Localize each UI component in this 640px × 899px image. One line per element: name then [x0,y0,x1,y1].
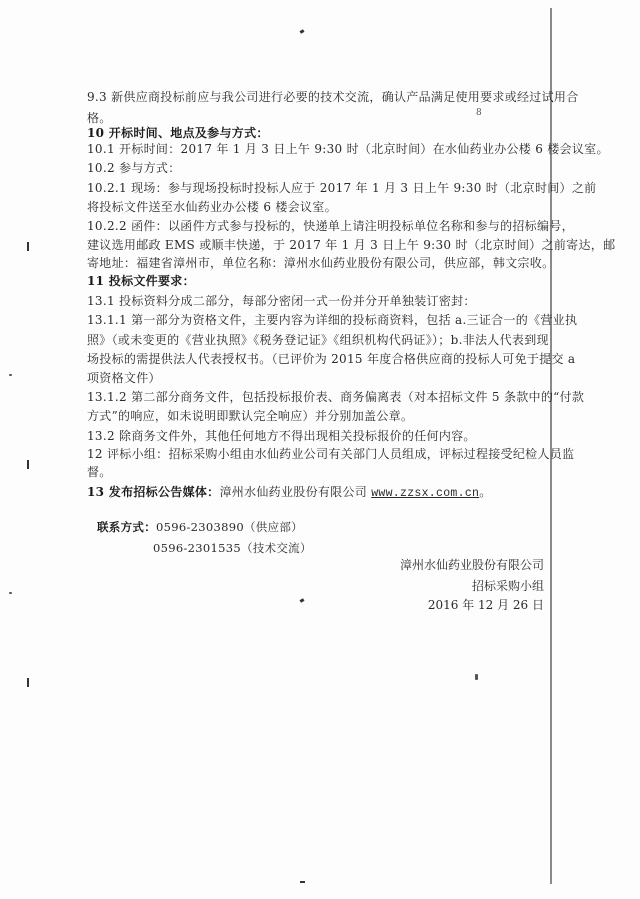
binding-mark-1 [27,242,29,251]
scan-mark-right [475,674,478,680]
text-line-9-3-cont: 格。 [87,110,112,126]
text-line-10-2-2-cont1: 建议选用邮政 EMS 或顺丰快递，于 2017 年 1 月 3 日上午 9:30… [87,237,615,253]
text-line-13-2: 13.2 除商务文件外，其他任何地方不得出现相关投标报价的任何内容。 [87,428,476,444]
contact-line-2: 0596-2301535（技术交流） [153,540,312,556]
document-page: 8 9.3 新供应商投标前应与我公司进行必要的技术交流，确认产品满足使用要求或经… [0,0,640,899]
signature-date: 2016 年 12 月 26 日 [428,597,544,613]
text-line-13-1-2: 13.1.2 第二部分商务文件，包括投标报价表、商务偏离表（对本招标文件 5 条… [87,389,584,405]
website-link[interactable]: www.zzsx.com.cn [371,487,479,500]
text-line-13-1-1-cont1: 照》（或未变更的《营业执照》《税务登记证》《组织机构代码证》）；b.非法人代表到… [87,332,549,348]
text-line-10-2-2: 10.2.2 函件：以函件方式参与投标的，快递单上请注明投标单位名称和参与的招标… [87,218,574,234]
text-line-13-1-1-cont3: 项资格文件） [87,370,161,386]
text-line-13-1: 13.1 投标资料分成二部分，每部分密闭一式一份并分开单独装订密封： [87,293,476,309]
margin-dot-2 [9,592,12,594]
text-line-9-3: 9.3 新供应商投标前应与我公司进行必要的技术交流，确认产品满足使用要求或经过试… [87,89,579,105]
text-line-12: 12 评标小组：招标采购小组由水仙药业公司有关部门人员组成，评标过程接受纪检人员… [87,446,574,462]
text-line-10-1: 10.1 开标时间：2017 年 1 月 3 日上午 9:30 时（北京时间）在… [87,141,609,157]
text-line-13-1-1: 13.1.1 第一部分为资格文件，主要内容为详细的投标商资料，包括 a.三证合一… [87,312,577,328]
binding-mark-2 [27,460,29,469]
contact-phone-tech: 0596-2301535（技术交流） [153,541,312,555]
text-line-10-2-2-cont2: 寄地址：福建省漳州市，单位名称：漳州水仙药业股份有限公司，供应部，韩文宗收。 [87,255,554,271]
media-company: 漳州水仙药业股份有限公司 [219,485,371,499]
media-suffix: 。 [479,485,491,499]
contact-line-1: 联系方式：0596-2303890（供应部） [97,519,303,535]
media-line: 13 发布招标公告媒体：漳州水仙药业股份有限公司 www.zzsx.com.cn… [87,484,492,502]
contact-phone-supply: 0596-2303890（供应部） [156,520,303,534]
text-line-12-cont: 督。 [87,464,112,480]
text-line-10-2: 10.2 参与方式： [87,160,181,176]
signature-group: 招标采购小组 [472,578,544,594]
scan-mark-mid [300,598,305,603]
text-line-13-1-2-cont: 方式”的响应，如未说明即默认完全响应）并分别加盖公章。 [87,408,413,424]
contact-label: 联系方式： [97,520,156,534]
media-label: 13 发布招标公告媒体： [87,485,219,499]
scan-mark-top [300,29,305,34]
heading-11: 11 投标文件要求： [87,273,195,289]
text-line-10-2-1-cont: 将投标文件送至水仙药业办公楼 6 楼会议室。 [87,199,337,215]
binding-mark-3 [27,678,29,687]
scan-mark-bottom [300,881,305,883]
text-line-10-2-1: 10.2.1 现场：参与现场投标时投标人应于 2017 年 1 月 3 日上午 … [87,180,596,196]
signature-company: 漳州水仙药业股份有限公司 [400,557,544,573]
page-mark: 8 [476,108,482,118]
margin-dot-1 [9,374,12,376]
heading-10: 10 开标时间、地点及参与方式： [87,125,269,141]
text-line-13-1-1-cont2: 场投标的需提供法人代表授权书。（已评价为 2015 年度合格供应商的投标人可免于… [87,351,575,367]
